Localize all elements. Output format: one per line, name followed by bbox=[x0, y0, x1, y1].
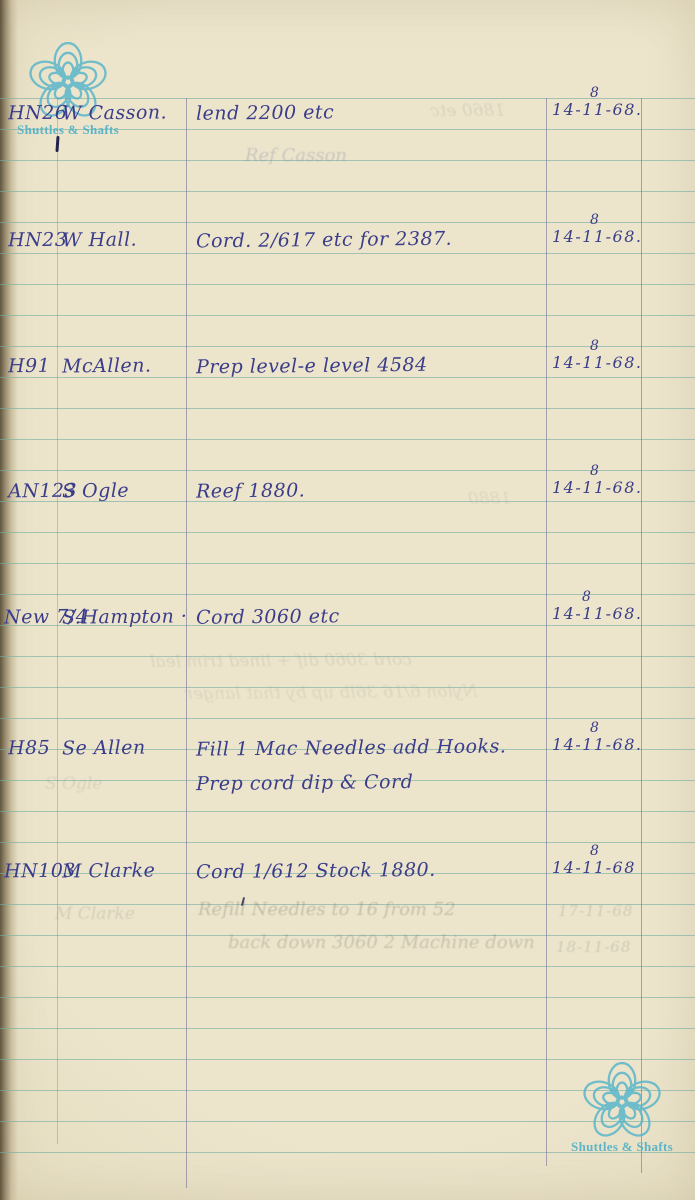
bleedthrough-text: S Ogle bbox=[45, 774, 102, 794]
entry-date: 8 14-11-68. bbox=[552, 213, 652, 246]
entry-date-main: 14-11-68. bbox=[552, 353, 652, 372]
bleedthrough-text: 17-11-68 bbox=[558, 902, 633, 920]
entry-date: 8 14-11-68. bbox=[552, 721, 652, 754]
bleedthrough-text: M Clarke bbox=[55, 904, 135, 924]
bleedthrough-text: 18-11-68 bbox=[556, 938, 631, 956]
entry-desc: Cord 1/612 Stock 1880. bbox=[196, 859, 436, 884]
entry-date: 8 14-11-68. bbox=[552, 590, 652, 623]
ledger-page: Shuttles & Shafts Shuttles & Shafts HN26… bbox=[0, 0, 695, 1200]
entry-date-sup: 8 bbox=[552, 464, 652, 478]
ledger-row: AN123 S Ogle Reef 1880. 8 14-11-68. bbox=[0, 480, 695, 560]
entry-date-sup: 8 bbox=[552, 213, 652, 227]
entry-date-main: 14-11-68. bbox=[552, 100, 652, 119]
entry-desc: Fill 1 Mac Needles add Hooks. bbox=[196, 735, 507, 760]
ledger-row: H85 Se Allen Fill 1 Mac Needles add Hook… bbox=[0, 737, 695, 817]
entry-date-sup: 8 bbox=[552, 590, 652, 604]
entry-ref: HN23 bbox=[8, 229, 68, 252]
bleedthrough-text: 1860 etc bbox=[430, 101, 505, 122]
entry-date-main: 14-11-68. bbox=[552, 735, 652, 754]
shuttles-shafts-logo-icon bbox=[576, 1056, 668, 1148]
bleedthrough-text: cord 3060 dif + lined trim leal bbox=[150, 650, 412, 672]
entry-name: McAllen. bbox=[62, 355, 152, 378]
bleedthrough-text: Refill Needles to 16 from 52 bbox=[198, 899, 456, 920]
entry-desc: Cord. 2/617 etc for 2387. bbox=[196, 228, 452, 253]
entry-date-main: 14-11-68. bbox=[552, 227, 652, 246]
entry-name: M Clarke bbox=[62, 860, 156, 883]
entry-name: Se Allen bbox=[62, 737, 146, 760]
bleedthrough-text: 1880 bbox=[468, 489, 511, 509]
entry-date: 8 14-11-68. bbox=[552, 339, 652, 372]
entry-ref: H91 bbox=[8, 355, 50, 377]
entry-name: W Hall. bbox=[62, 229, 137, 252]
entry-ref: H85 bbox=[8, 737, 50, 759]
entry-desc-line2: Prep cord dip & Cord bbox=[196, 771, 414, 795]
entry-date-sup: 8 bbox=[552, 721, 652, 735]
entry-name: W Casson. bbox=[62, 101, 167, 124]
entry-date-main: 14-11-68 bbox=[552, 858, 652, 877]
entry-date: 8 14-11-68 bbox=[552, 844, 652, 877]
brand-wordmark: Shuttles & Shafts bbox=[562, 1139, 682, 1155]
ledger-row: New 7/4 S.Hampton · Cord 3060 etc 8 14-1… bbox=[0, 606, 695, 686]
entry-desc: Reef 1880. bbox=[196, 479, 305, 502]
entry-name: S Ogle bbox=[62, 480, 129, 503]
entry-desc: lend 2200 etc bbox=[196, 101, 334, 124]
ledger-row: HN23 W Hall. Cord. 2/617 etc for 2387. 8… bbox=[0, 229, 695, 309]
bleedthrough-text: Ref Casson bbox=[245, 145, 347, 166]
entry-date: 8 14-11-68. bbox=[552, 86, 652, 119]
entry-date-sup: 8 bbox=[552, 844, 652, 858]
entry-date-main: 14-11-68. bbox=[552, 604, 652, 623]
ledger-row: H91 McAllen. Prep level-e level 4584 8 1… bbox=[0, 355, 695, 435]
ledger-row: HN26 W Casson. lend 2200 etc 8 14-11-68. bbox=[0, 102, 695, 182]
entry-date-sup: 8 bbox=[552, 86, 652, 100]
entry-ref: HN26 bbox=[8, 102, 68, 125]
entry-desc: Prep level-e level 4584 bbox=[196, 354, 428, 378]
entry-name: S.Hampton · bbox=[62, 605, 188, 628]
entry-date: 8 14-11-68. bbox=[552, 464, 652, 497]
entry-date-sup: 8 bbox=[552, 339, 652, 353]
entry-desc: Cord 3060 etc bbox=[196, 605, 340, 629]
bleedthrough-text: Nylon 6/16 36lb up by that langer bbox=[185, 682, 477, 705]
bleedthrough-text: back down 3060 2 Machine down bbox=[228, 932, 535, 953]
entry-date-main: 14-11-68. bbox=[552, 478, 652, 497]
